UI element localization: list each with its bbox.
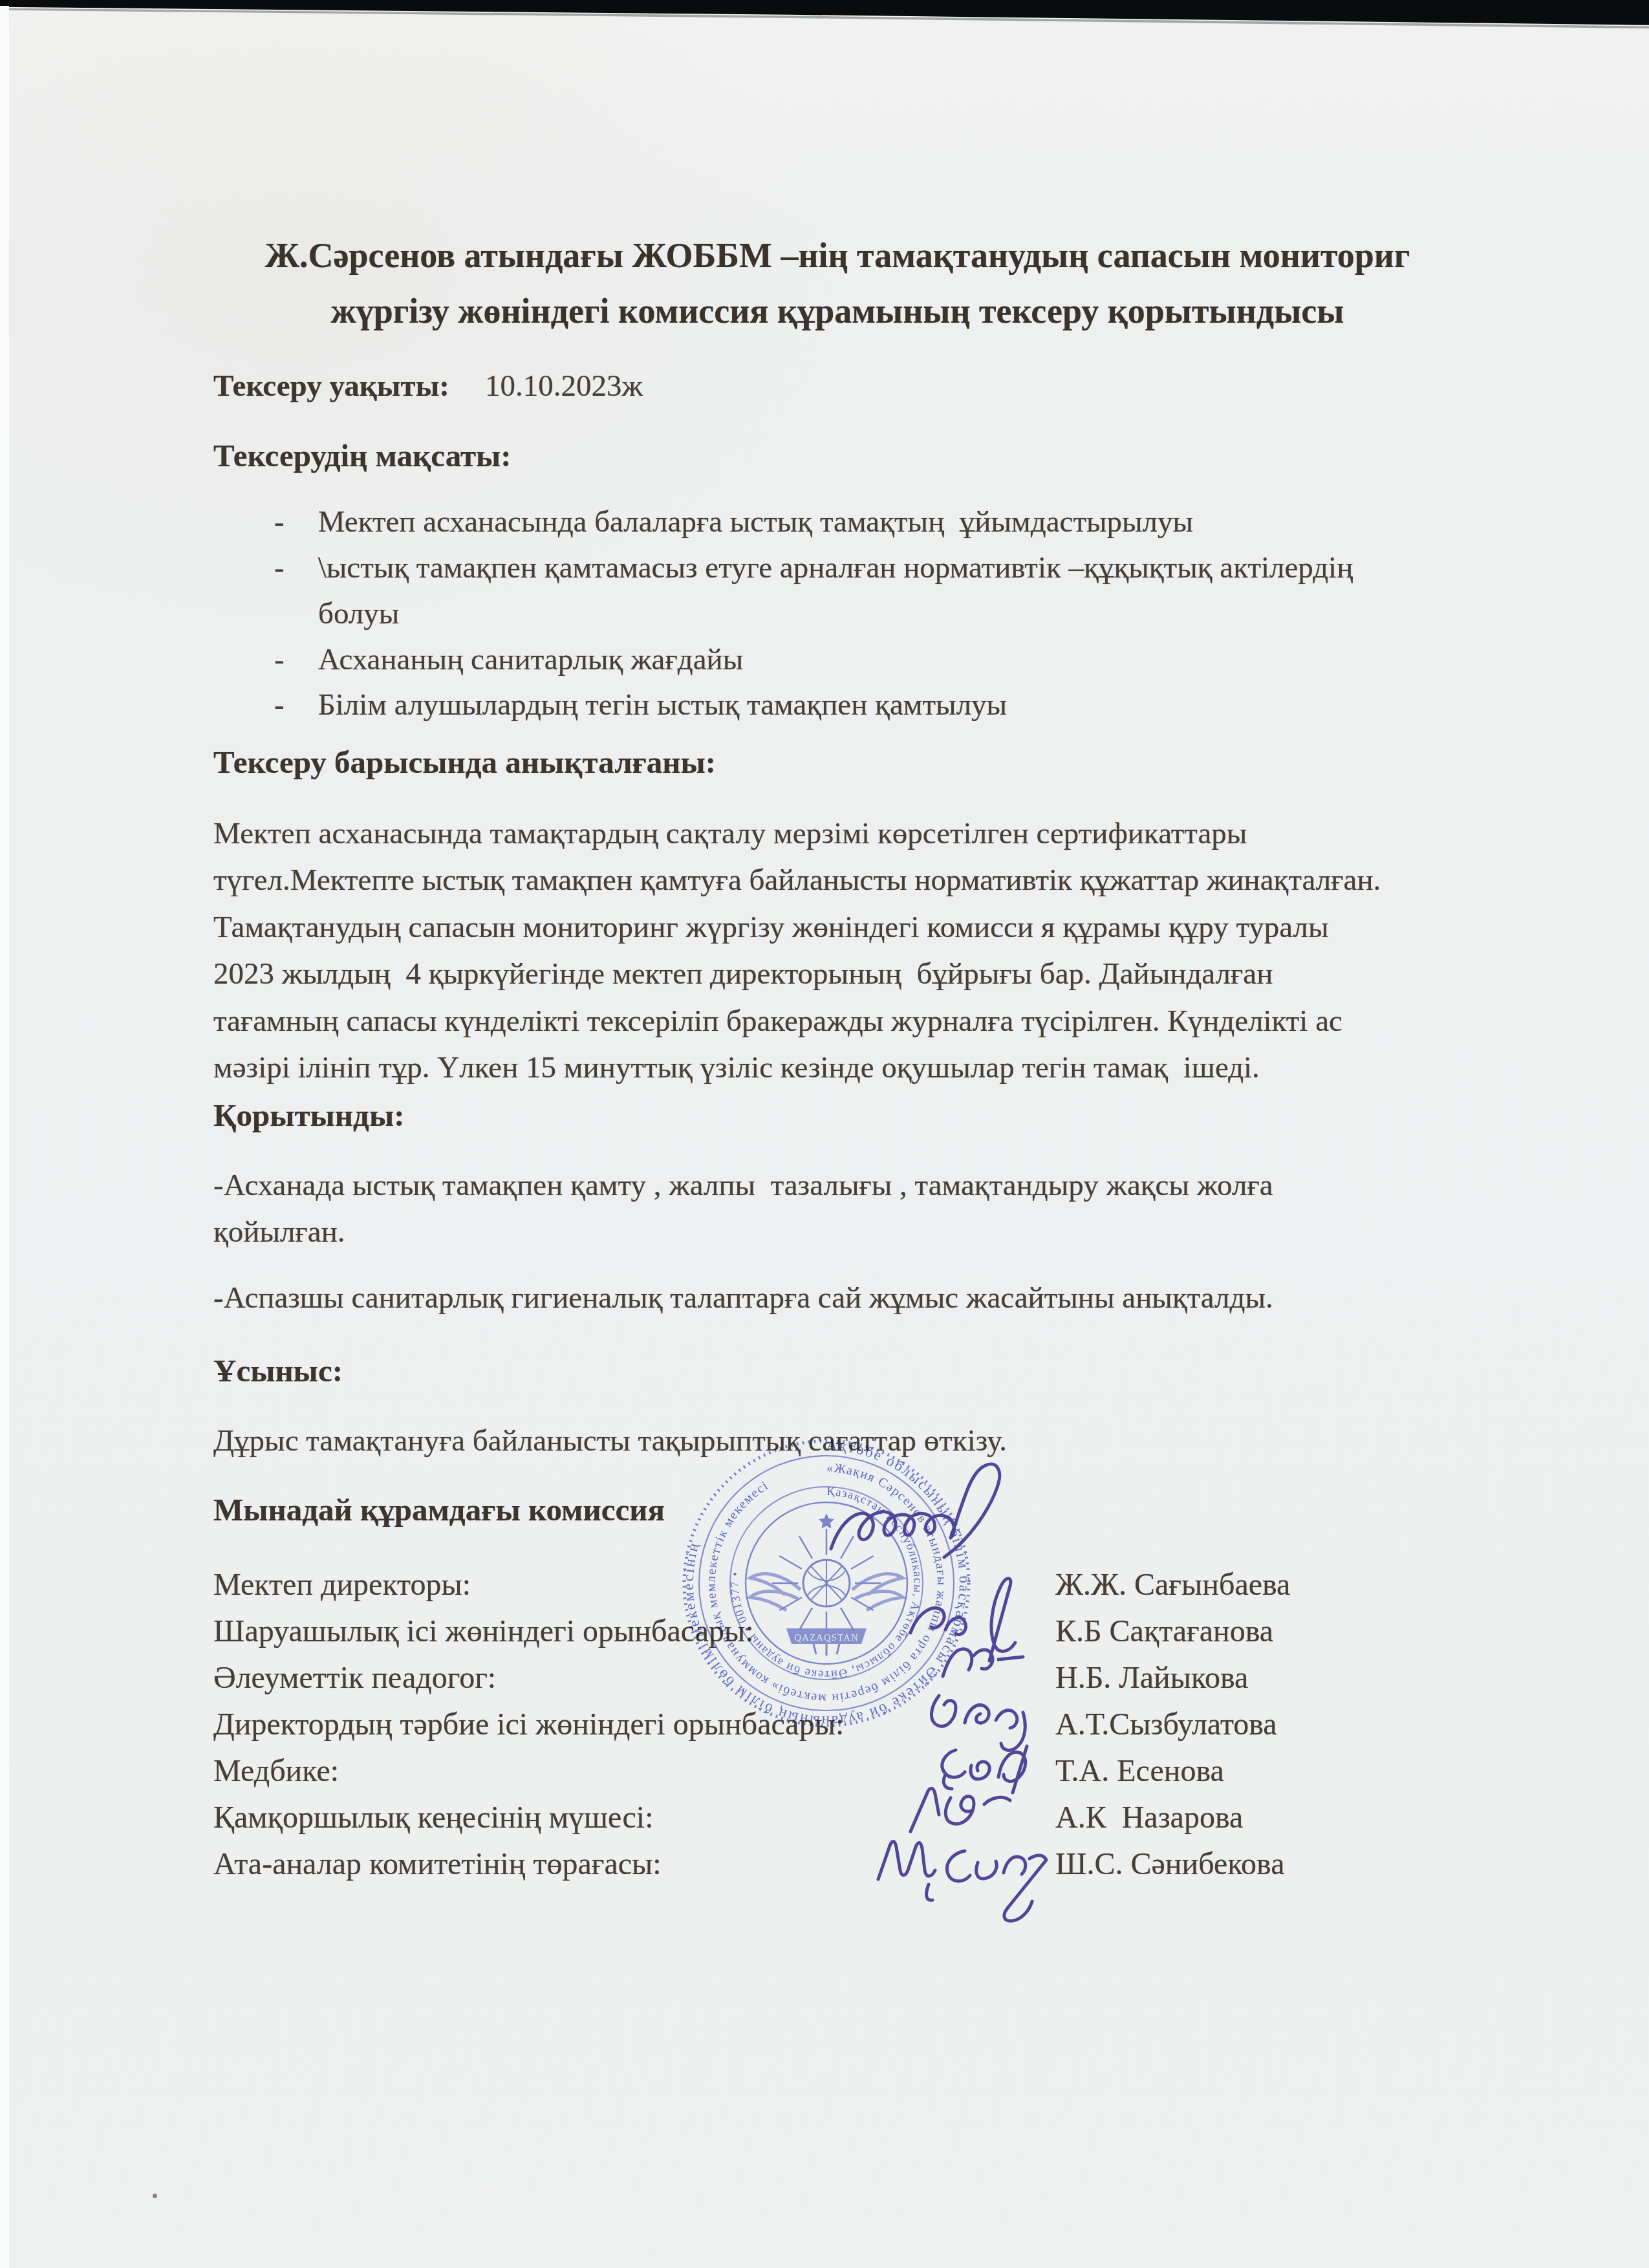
seal-inner-ring-text: Қазақстан Республикасы, Ақтөбе облысы, Ә… <box>729 1485 924 1681</box>
signature-nazarova <box>911 1788 1010 1831</box>
document-title-line1: Ж.Сәрсенов атындағы ЖОББМ –нің тамақтану… <box>97 235 1578 277</box>
commission-role: Қамқоршылық кеңесінің мүшесі: <box>213 1800 654 1837</box>
purpose-heading: Тексерудің мақсаты: <box>213 437 512 475</box>
signature-laiykova <box>943 1649 1023 1676</box>
seal-outer-dotted-ring <box>684 1441 969 1725</box>
purpose-item-2-continued: болуы <box>318 596 399 632</box>
commission-name: Н.Б. Лайыкова <box>1055 1660 1248 1697</box>
findings-line: Мектеп асханасында тамақтардың сақталу м… <box>213 816 1247 852</box>
sun-rays <box>772 1529 881 1637</box>
conclusion-line: қойылған. <box>213 1215 345 1250</box>
commission-role: Директордың тәрбие ісі жөніндегі орынбас… <box>213 1707 844 1744</box>
seal-outer-ring-text: Ақтөбе облысының білім басқармасы Әйтеке… <box>680 1437 973 1729</box>
commission-name: Ш.С. Сәнибекова <box>1055 1846 1284 1883</box>
purpose-item-1: -Мектеп асханасында балаларға ыстық тама… <box>274 504 1193 540</box>
purpose-item-4: -Білім алушылардың тегін ыстық тамақпен … <box>274 687 1007 723</box>
findings-line: түгел.Мектепте ыстық тамақпен қамтуға ба… <box>213 863 1381 898</box>
scanner-left-strip <box>0 6 9 2268</box>
findings-line: 2023 жылдың 4 қыркүйегінде мектеп директ… <box>213 956 1273 992</box>
emblem-banner <box>786 1628 867 1644</box>
bullet-dash: - <box>274 688 285 722</box>
wing-left-icon <box>750 1574 801 1610</box>
official-seal: Ақтөбе облысының білім басқармасы Әйтеке… <box>680 1437 973 1729</box>
signature-esenova <box>942 1746 1027 1793</box>
seal-ring <box>730 1487 923 1679</box>
seal-ring <box>746 1502 907 1664</box>
star-icon <box>819 1513 834 1529</box>
commission-name: А.Т.Сызбулатова <box>1055 1707 1277 1744</box>
scanner-edge <box>0 0 1649 26</box>
commission-name: Ж.Ж. Сағынбаева <box>1055 1567 1290 1604</box>
signature-syzbulatova <box>931 1696 1025 1750</box>
bullet-dash: - <box>274 505 285 539</box>
scanned-document: Ж.Сәрсенов атындағы ЖОББМ –нің тамақтану… <box>0 0 1649 2268</box>
commission-role: Мектеп директоры: <box>213 1567 471 1604</box>
conclusion-line: -Асханада ыстық тамақпен қамту , жалпы т… <box>213 1168 1273 1204</box>
findings-line: Тамақтанудың сапасын мониторинг жүргізу … <box>213 910 1329 945</box>
commission-role: Шаруашылық ісі жөніндегі орынбасары: <box>213 1614 754 1650</box>
findings-line: тағамның сапасы күнделікті тексеріліп бр… <box>213 1004 1342 1039</box>
signatures <box>831 1464 1046 1921</box>
wing-right-icon <box>852 1574 903 1610</box>
kazakhstan-emblem-icon: QAZAQSTAN <box>750 1513 903 1656</box>
bullet-dash: - <box>274 551 285 585</box>
findings-line: мәзірі ілініп тұр. Үлкен 15 минуттық үзі… <box>213 1050 1260 1086</box>
conclusion-line: -Аспазшы санитарлық гигиеналық талаптарғ… <box>213 1280 1273 1316</box>
commission-name: А.К Назарова <box>1055 1800 1243 1837</box>
commission-role: Ата-аналар комитетінің төрағасы: <box>213 1846 662 1883</box>
shanyrak-icon <box>803 1560 850 1606</box>
check-time-label: Тексеру уақыты: <box>213 369 449 403</box>
signature-sanibekova <box>878 1841 1046 1921</box>
suggestion-heading: Ұсыныс: <box>213 1352 343 1390</box>
purpose-item-2: -\ыстық тамақпен қамтамасыз етуге арналғ… <box>274 550 1353 586</box>
seal-ring <box>699 1456 954 1711</box>
emblem-banner-text: QAZAQSTAN <box>794 1633 858 1643</box>
signature-saktaganova <box>911 1579 1015 1661</box>
bullet-dash: - <box>274 643 285 676</box>
commission-name: Т.А. Есенова <box>1055 1753 1224 1790</box>
check-time-value: 10.10.2023ж <box>485 369 643 403</box>
commission-role: Әлеуметтік пеадогог: <box>213 1660 496 1697</box>
check-time-line: Тексеру уақыты:10.10.2023ж <box>213 369 643 404</box>
document-title-line2: жүргізу жөніндегі комиссия құрамының тек… <box>97 291 1578 332</box>
commission-role: Медбике: <box>213 1753 339 1790</box>
findings-heading: Тексеру барысында анықталғаны: <box>213 744 716 781</box>
seal-middle-ring-text: «Жақия Сәрсенов атындағы жалпы орта білі… <box>704 1461 949 1705</box>
conclusion-heading: Қорытынды: <box>213 1097 404 1134</box>
signature-director <box>831 1464 1000 1557</box>
suggestion-text: Дұрыс тамақтануға байланысты тақырыптық … <box>213 1423 1007 1459</box>
commission-name: К.Б Сақтағанова <box>1055 1614 1273 1650</box>
commission-heading: Мынадай құрамдағы комиссия <box>213 1491 665 1529</box>
purpose-item-3: -Асхананың санитарлық жағдайы <box>274 642 743 678</box>
scan-speck <box>153 2194 157 2198</box>
